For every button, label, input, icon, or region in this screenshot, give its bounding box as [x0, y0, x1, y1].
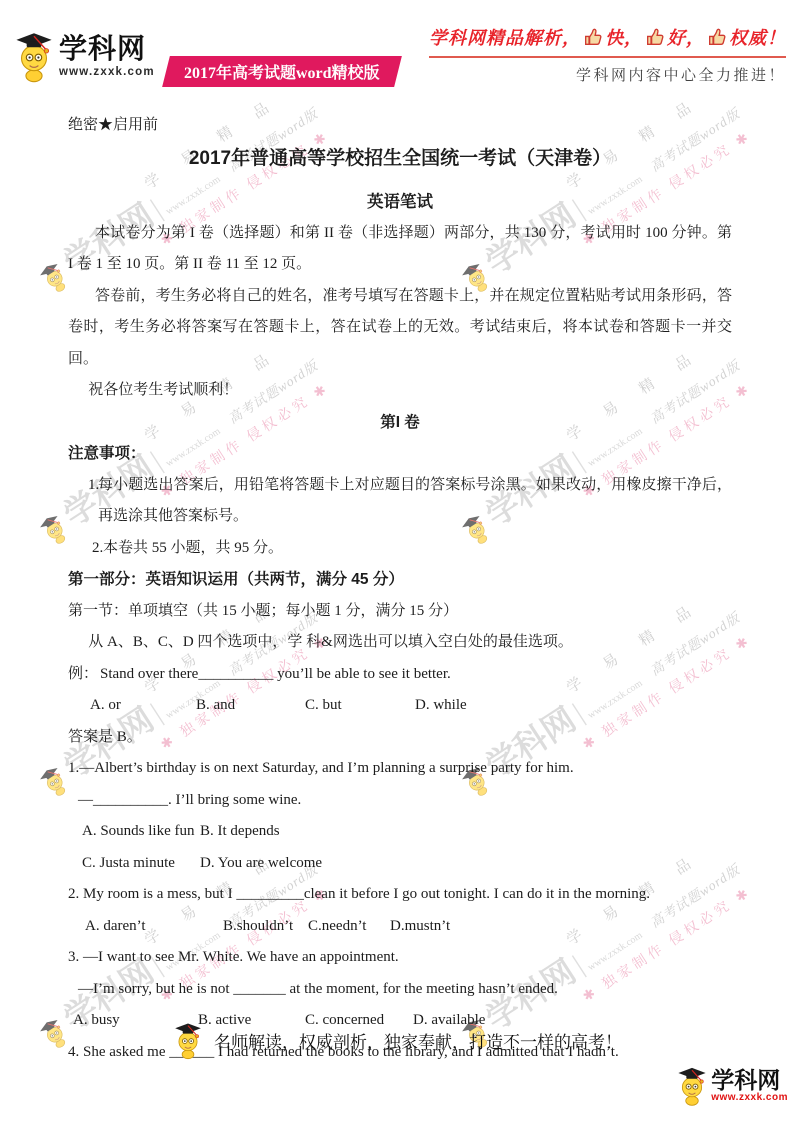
option-b: B. It depends: [200, 816, 732, 848]
header-subslogan: 学科网内容中心全力推进！: [429, 64, 786, 85]
question-1-line-1: 1.—Albert’s birthday is on next Saturday…: [68, 753, 732, 785]
option-a: A. Sounds like fun: [82, 816, 200, 848]
wish-line: 祝各位考生考试顺利！: [68, 375, 732, 407]
zxxk-mascot-icon: [675, 1064, 709, 1107]
footer-slogan: 名师解读，权威剖析，独家奉献，打造不一样的高考！: [214, 1028, 622, 1053]
volume-1-heading: 第I 卷: [68, 407, 732, 439]
zxxk-header: 学科网 www.zxxk.com 2017年高考试题word精校版 学科网精品解…: [0, 0, 794, 102]
exam-body: 绝密★启用前 2017年普通高等学校招生全国统一考试（天津卷） 英语笔试 本试卷…: [68, 110, 732, 1068]
thumbs-up-icon: [708, 28, 726, 46]
banner-text: 2017年高考试题word精校版: [184, 60, 380, 83]
question-2-line-1: 2. My room is a mess, but I _________cle…: [68, 879, 732, 911]
note-1-text: 每小题选出答案后，用铅笔将答题卡上对应题目的答案标号涂黑。如果改动，用橡皮擦干净…: [98, 477, 732, 525]
note-item-1: 1. 每小题选出答案后，用铅笔将答题卡上对应题目的答案标号涂黑。如果改动，用橡皮…: [68, 470, 732, 533]
zxxk-mascot-icon: [12, 28, 56, 84]
banner-ribbon: 2017年高考试题word精校版: [162, 56, 402, 87]
brand-name: 学科网: [59, 34, 155, 64]
section-1-instruction: 从 A、B、C、D 四个选项中，学 科&网选出可以填入空白处的最佳选项。: [68, 627, 732, 659]
example-stem: 例：Stand over there__________ you’ll be a…: [68, 659, 732, 691]
bottom-logo-text: 学科网 www.zxxk.com: [711, 1068, 788, 1103]
notes-heading: 注意事项：: [68, 438, 732, 470]
option-c: C.needn’t: [308, 911, 390, 943]
footer-slogan-row: 名师解读，权威剖析，独家奉献，打造不一样的高考！: [0, 1020, 794, 1060]
brand-url: www.zxxk.com: [711, 1092, 788, 1103]
note-1-number: 1.: [88, 470, 99, 502]
thumbs-up-icon: [646, 28, 664, 46]
question-1-line-2: —__________. I’ll bring some wine.: [68, 785, 732, 817]
slogan-prefix: 学科网精品解析，: [429, 24, 581, 50]
question-1-options-row-2: C. Justa minute D. You are welcome: [68, 848, 732, 880]
example-sentence: Stand over there__________ you’ll be abl…: [100, 666, 451, 682]
option-c: C. Justa minute: [82, 848, 200, 880]
example-label: 例：: [68, 666, 98, 682]
exam-title: 2017年普通高等学校招生全国统一考试（天津卷）: [68, 142, 732, 176]
note-item-2: 2. 本卷共 55 小题，共 95 分。: [68, 533, 732, 565]
zxxk-logo-text: 学科网 www.zxxk.com: [59, 34, 155, 78]
header-slogan: 学科网精品解析， 快， 好， 权威！: [429, 24, 786, 58]
note-2-number: 2.: [92, 533, 103, 565]
option-b: B.shouldn’t: [223, 911, 308, 943]
intro-paragraph-1: 本试卷分为第 I 卷（选择题）和第 II 卷（非选择题）两部分，共 130 分，…: [68, 218, 732, 281]
slogan-authority: 权威！: [729, 24, 786, 50]
exam-document-page: 学科网 www.zxxk.com 2017年高考试题word精校版 学科网精品解…: [0, 0, 794, 1123]
bottom-right-logo: 学科网 www.zxxk.com: [675, 1064, 788, 1107]
example-options: A. or B. and C. but D. while: [68, 690, 732, 722]
slogan-fast: 快，: [605, 24, 643, 50]
option-a: A. daren’t: [85, 911, 223, 943]
exam-subtitle: 英语笔试: [68, 187, 732, 218]
slogan-good: 好，: [667, 24, 705, 50]
question-3-line-2: —I’m sorry, but he is not _______ at the…: [68, 974, 732, 1006]
classification-label: 绝密★启用前: [68, 110, 732, 142]
header-right: 学科网精品解析， 快， 好， 权威！ 学科网内容中心全力推进！: [429, 24, 786, 85]
option-d: D. You are welcome: [200, 848, 732, 880]
thumbs-up-icon: [584, 28, 602, 46]
question-1-options-row-1: A. Sounds like fun B. It depends: [68, 816, 732, 848]
zxxk-mascot-icon: [172, 1020, 204, 1060]
note-2-text: 本卷共 55 小题，共 95 分。: [103, 540, 283, 556]
section-1-heading: 第一节：单项填空（共 15 小题；每小题 1 分，满分 15 分）: [68, 596, 732, 628]
option-a: A. or: [90, 690, 196, 722]
question-3-line-1: 3. —I want to see Mr. White. We have an …: [68, 942, 732, 974]
question-2-options: A. daren’t B.shouldn’t C.needn’t D.mustn…: [68, 911, 732, 943]
intro-paragraph-2: 答卷前，考生务必将自己的姓名，准考号填写在答题卡上，并在规定位置粘贴考试用条形码…: [68, 281, 732, 376]
brand-url: www.zxxk.com: [59, 66, 155, 78]
zxxk-logo: 学科网 www.zxxk.com: [12, 28, 155, 84]
part-1-heading: 第一部分：英语知识运用（共两节，满分 45 分）: [68, 564, 732, 596]
brand-name: 学科网: [711, 1068, 788, 1092]
option-d: D.mustn’t: [390, 911, 732, 943]
option-c: C. but: [305, 690, 415, 722]
option-d: D. while: [415, 690, 732, 722]
option-b: B. and: [196, 690, 305, 722]
example-answer: 答案是 B。: [68, 722, 732, 754]
